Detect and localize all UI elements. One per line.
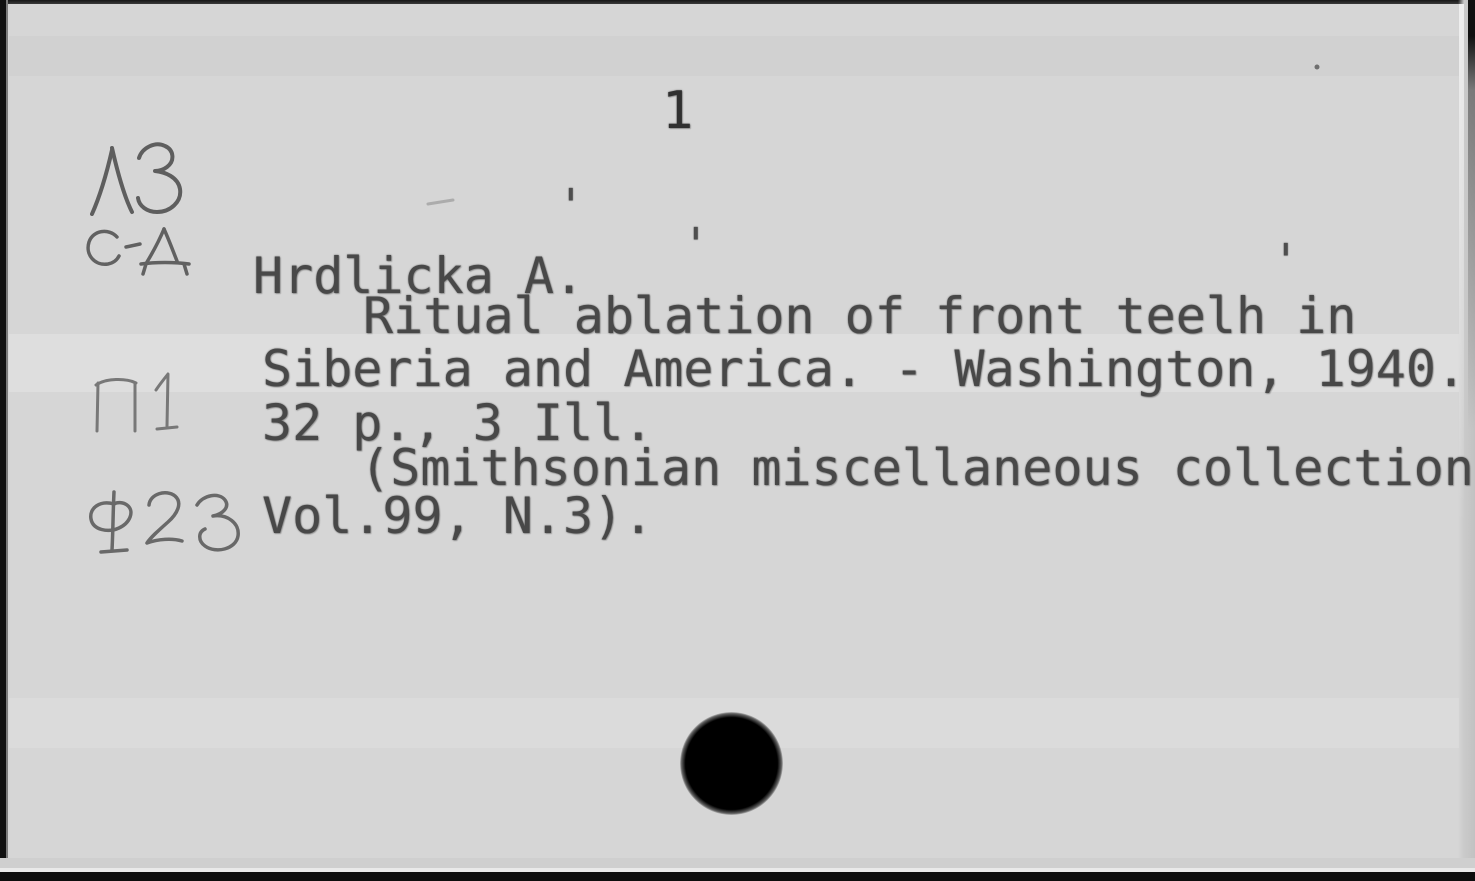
faint-pencil-dash: [428, 200, 453, 204]
call-number-p1: [96, 374, 177, 431]
call-number-s-d: [88, 229, 189, 274]
call-number-lz: [92, 144, 180, 214]
scanned-catalog-card: { "document": { "kind": "library catalog…: [0, 0, 1475, 881]
call-number-f23: [91, 492, 238, 552]
punch-hole-dot: [680, 712, 783, 815]
scan-speck: [1315, 65, 1320, 70]
